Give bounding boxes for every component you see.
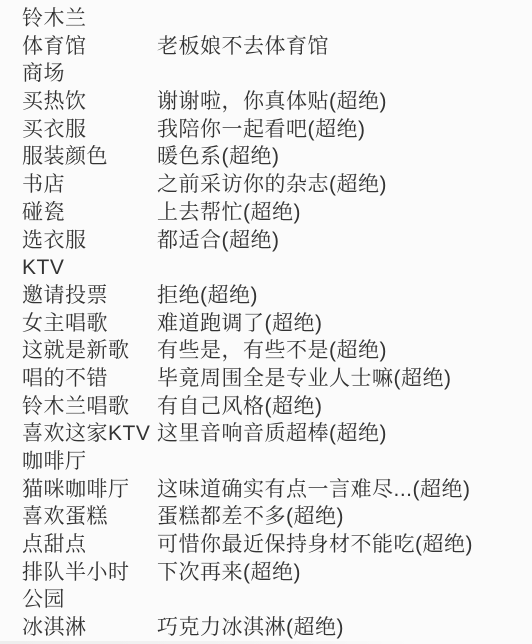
event-label: 冰淇淋 — [22, 614, 157, 642]
table-row: 喜欢这家KTV这里音响音质超棒(超绝) — [0, 420, 532, 448]
event-label: 喜欢蛋糕 — [22, 503, 157, 531]
answer-text: 都适合(超绝) — [157, 227, 280, 255]
table-row: 公园 — [0, 586, 532, 614]
table-row: 冰淇淋巧克力冰淇淋(超绝) — [0, 614, 532, 642]
answer-text: 有些是，有些不是(超绝) — [157, 337, 387, 365]
table-row: 买热饮谢谢啦，你真体贴(超绝) — [0, 88, 532, 116]
table-row: 女主唱歌难道跑调了(超绝) — [0, 310, 532, 338]
event-label: 邀请投票 — [22, 282, 157, 310]
table-row: 碰瓷上去帮忙(超绝) — [0, 199, 532, 227]
table-row: 服装颜色暖色系(超绝) — [0, 143, 532, 171]
event-label: 服装颜色 — [22, 143, 157, 171]
table-row: 书店之前采访你的杂志(超绝) — [0, 171, 532, 199]
answer-text: 之前采访你的杂志(超绝) — [157, 171, 387, 199]
answer-text: 有自己风格(超绝) — [157, 393, 323, 421]
table-row: 买衣服我陪你一起看吧(超绝) — [0, 116, 532, 144]
event-label: 排队半小时 — [22, 559, 157, 587]
event-label: 碰瓷 — [22, 199, 157, 227]
event-label: 喜欢这家KTV — [22, 420, 157, 448]
table-row: 咖啡厅 — [0, 448, 532, 476]
answer-text: 老板娘不去体育馆 — [157, 33, 329, 61]
event-label: 买热饮 — [22, 88, 157, 116]
table-row: 铃木兰唱歌有自己风格(超绝) — [0, 393, 532, 421]
answer-text: 可惜你最近保持身材不能吃(超绝) — [157, 531, 473, 559]
choice-table: 铃木兰体育馆老板娘不去体育馆商场买热饮谢谢啦，你真体贴(超绝)买衣服我陪你一起看… — [0, 5, 532, 642]
table-row: 点甜点可惜你最近保持身材不能吃(超绝) — [0, 531, 532, 559]
answer-text: 毕竟周围全是专业人士嘛(超绝) — [157, 365, 452, 393]
answer-text: 拒绝(超绝) — [157, 282, 258, 310]
event-label: 体育馆 — [22, 33, 157, 61]
answer-text: 这味道确实有点一言难尽...(超绝) — [157, 476, 471, 504]
event-label: 点甜点 — [22, 531, 157, 559]
event-label: 咖啡厅 — [22, 448, 157, 476]
answer-text: 我陪你一起看吧(超绝) — [157, 116, 366, 144]
event-label: 这就是新歌 — [22, 337, 157, 365]
event-label: 书店 — [22, 171, 157, 199]
table-row: 选衣服都适合(超绝) — [0, 227, 532, 255]
table-row: 喜欢蛋糕蛋糕都差不多(超绝) — [0, 503, 532, 531]
table-row: 这就是新歌有些是，有些不是(超绝) — [0, 337, 532, 365]
table-row: 猫咪咖啡厅这味道确实有点一言难尽...(超绝) — [0, 476, 532, 504]
answer-text: 上去帮忙(超绝) — [157, 199, 301, 227]
table-row: 邀请投票拒绝(超绝) — [0, 282, 532, 310]
answer-text: 这里音响音质超棒(超绝) — [157, 420, 387, 448]
event-label: 公园 — [22, 586, 157, 614]
answer-text: 巧克力冰淇淋(超绝) — [157, 614, 344, 642]
event-label: 铃木兰唱歌 — [22, 393, 157, 421]
event-label: 商场 — [22, 60, 157, 88]
answer-text: 下次再来(超绝) — [157, 559, 301, 587]
table-row: 排队半小时下次再来(超绝) — [0, 559, 532, 587]
event-label: 唱的不错 — [22, 365, 157, 393]
answer-text: 谢谢啦，你真体贴(超绝) — [157, 88, 387, 116]
event-label: 选衣服 — [22, 227, 157, 255]
event-label: 女主唱歌 — [22, 310, 157, 338]
table-row: KTV — [0, 254, 532, 282]
answer-text: 暖色系(超绝) — [157, 143, 280, 171]
walkthrough-page: 铃木兰体育馆老板娘不去体育馆商场买热饮谢谢啦，你真体贴(超绝)买衣服我陪你一起看… — [0, 0, 532, 644]
table-row: 铃木兰 — [0, 5, 532, 33]
event-label: KTV — [22, 254, 157, 282]
table-row: 体育馆老板娘不去体育馆 — [0, 33, 532, 61]
event-label: 猫咪咖啡厅 — [22, 476, 157, 504]
answer-text: 难道跑调了(超绝) — [157, 310, 323, 338]
table-row: 商场 — [0, 60, 532, 88]
event-label: 买衣服 — [22, 116, 157, 144]
answer-text: 蛋糕都差不多(超绝) — [157, 503, 344, 531]
event-label: 铃木兰 — [22, 5, 157, 33]
table-row: 唱的不错毕竟周围全是专业人士嘛(超绝) — [0, 365, 532, 393]
